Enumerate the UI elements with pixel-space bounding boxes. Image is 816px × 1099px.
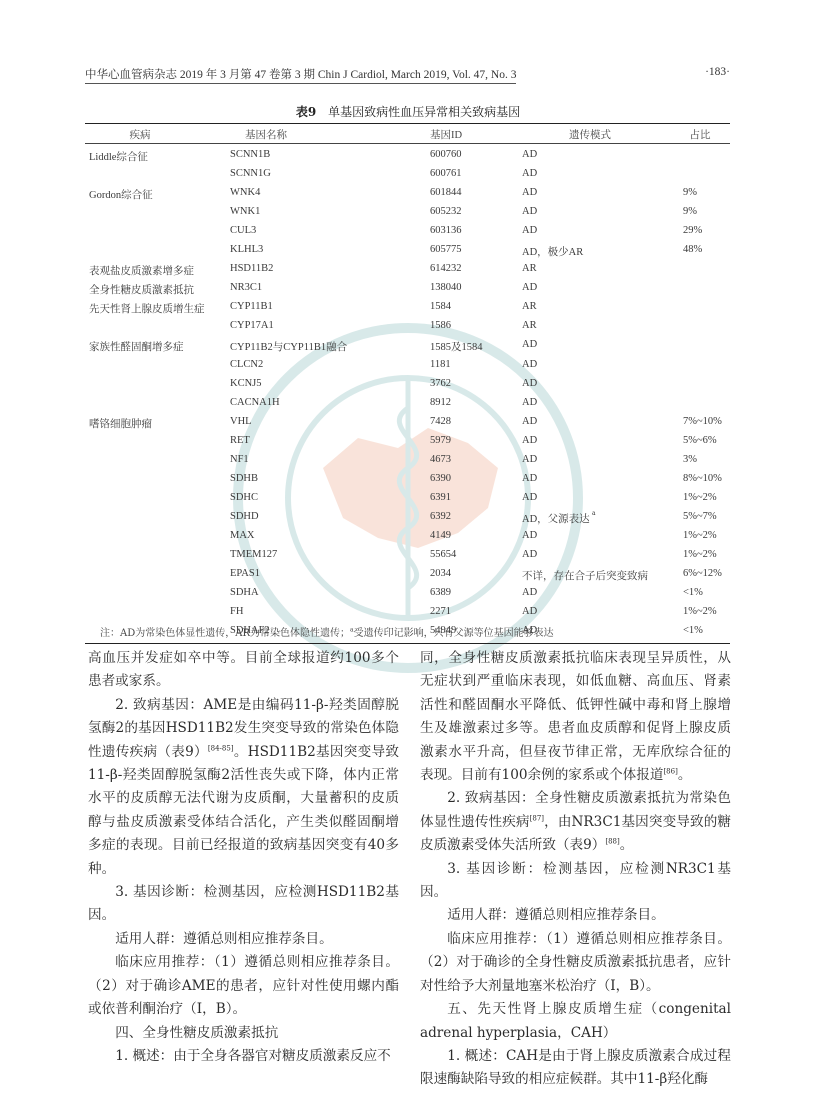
- paragraph-text: 临床应用推荐：（1）遵循总则相应推荐条目。（2）对于确诊AME的患者，应针对性使…: [88, 954, 399, 1017]
- cell-inheritance: AD: [522, 397, 537, 408]
- cell-inheritance: AD: [522, 492, 537, 503]
- cell-gene-id: 605775: [430, 244, 462, 255]
- cell-proportion: 48%: [683, 244, 702, 255]
- citation-ref: [87]: [530, 814, 544, 822]
- body-paragraph: 3. 基因诊断：检测基因，应检测NR3C1基因。: [420, 858, 731, 905]
- table-body: Liddle综合征SCNN1B600760ADSCNN1G600761ADGor…: [85, 144, 730, 643]
- cell-disease: Gordon综合征: [89, 187, 153, 202]
- column-header-proportion: 占比: [675, 127, 725, 142]
- body-column-right: 同，全身性糖皮质激素抵抗临床表现呈异质性，从无症状到严重临床表现，如低血糖、高血…: [420, 647, 731, 1092]
- cell-gene: FH: [230, 606, 243, 617]
- paragraph-text: 临床应用推荐：（1）遵循总则相应推荐条目。（2）对于确诊的全身性糖皮质激素抵抗患…: [420, 931, 731, 994]
- cell-gene-id: 6391: [430, 492, 451, 503]
- cell-disease: 全身性糖皮质激素抵抗: [89, 282, 194, 297]
- table-row: KCNJ53762AD: [85, 375, 730, 394]
- cell-inheritance: AD: [522, 549, 537, 560]
- cell-gene-id: 1181: [430, 359, 451, 370]
- cell-gene: WNK1: [230, 206, 260, 217]
- footnote-text-2: 受遗传印记影响，只有父源等位基因能够表达: [354, 628, 554, 639]
- cell-inheritance: AD: [522, 187, 537, 198]
- cell-gene-id: 8912: [430, 397, 451, 408]
- footnote-text: 注：AD为常染色体显性遗传，AR为常染色体隐性遗传；: [100, 628, 350, 639]
- cell-proportion: 1%~2%: [683, 492, 717, 503]
- paragraph-text: 。: [678, 767, 692, 783]
- paragraph-text: 1. 概述：由于全身各器官对糖皮质激素反应不: [115, 1048, 391, 1064]
- table-row: SDHD6392AD，父源表达a5%~7%: [85, 508, 730, 527]
- table-row: 全身性糖皮质激素抵抗NR3C1138040AD: [85, 279, 730, 298]
- cell-inheritance: AD: [522, 339, 537, 350]
- journal-citation: 中华心血管病杂志 2019 年 3 月第 47 卷第 3 期 Chin J Ca…: [85, 66, 516, 84]
- cell-gene-id: 6390: [430, 473, 451, 484]
- cell-gene-id: 138040: [430, 282, 462, 293]
- cell-proportion: 1%~2%: [683, 549, 717, 560]
- cell-inheritance: AD: [522, 168, 537, 179]
- cell-gene-id: 601844: [430, 187, 462, 198]
- cell-gene: KLHL3: [230, 244, 263, 255]
- cell-proportion: 8%~10%: [683, 473, 722, 484]
- cell-inheritance: AD: [522, 454, 537, 465]
- table-row: NF14673AD3%: [85, 451, 730, 470]
- paragraph-text: 。HSD11B2基因突变导致11-β-羟类固醇脱氢酶2活性丧失或下降，体内正常水…: [88, 744, 399, 877]
- cell-gene: SDHC: [230, 492, 258, 503]
- table-row: EPAS12034不详，存在合子后突变致病6%~12%: [85, 565, 730, 584]
- cell-disease: 表观盐皮质激素增多症: [89, 263, 194, 278]
- paragraph-text: 四、全身性糖皮质激素抵抗: [115, 1025, 278, 1041]
- cell-gene-id: 2271: [430, 606, 451, 617]
- cell-inheritance: AD: [522, 606, 537, 617]
- cell-gene-id: 614232: [430, 263, 462, 274]
- table-row: 先天性肾上腺皮质增生症CYP11B11584AR: [85, 298, 730, 317]
- table-row: RET5979AD5%~6%: [85, 432, 730, 451]
- cell-gene-id: 605232: [430, 206, 462, 217]
- cell-gene-id: 1586: [430, 320, 451, 331]
- cell-inheritance: AD: [522, 225, 537, 236]
- citation-ref: [88]: [605, 838, 619, 846]
- table-row: FH2271AD1%~2%: [85, 603, 730, 622]
- paragraph-text: 适用人群：遵循总则相应推荐条目。: [115, 931, 333, 947]
- cell-gene: SDHB: [230, 473, 258, 484]
- paragraph-text: 五、先天性肾上腺皮质增生症（congenital adrenal hyperpl…: [420, 1001, 731, 1040]
- cell-gene-id: 3762: [430, 378, 451, 389]
- body-paragraph: 四、全身性糖皮质激素抵抗: [88, 1022, 399, 1045]
- gene-table: 疾病 基因名称 基因ID 遗传模式 占比 Liddle综合征SCNN1B6007…: [85, 123, 730, 644]
- paragraph-text: 3. 基因诊断：检测基因，应检测HSD11B2基因。: [88, 884, 399, 923]
- table-row: CUL3603136AD29%: [85, 222, 730, 241]
- paragraph-text: 3. 基因诊断：检测基因，应检测NR3C1基因。: [420, 861, 731, 900]
- citation-ref: [84-85]: [208, 744, 234, 752]
- body-paragraph: 适用人群：遵循总则相应推荐条目。: [88, 928, 399, 951]
- body-paragraph: 1. 概述：CAH是由于肾上腺皮质激素合成过程限速酶缺陷导致的相应症候群。其中1…: [420, 1045, 731, 1092]
- table-row: 嗜铬细胞肿瘤VHL7428AD7%~10%: [85, 413, 730, 432]
- cell-inheritance: AD: [522, 530, 537, 541]
- cell-gene: MAX: [230, 530, 255, 541]
- cell-inheritance: AD: [522, 587, 537, 598]
- cell-gene-id: 6389: [430, 587, 451, 598]
- cell-gene: KCNJ5: [230, 378, 262, 389]
- column-header-gene-id: 基因ID: [430, 127, 520, 142]
- cell-gene: RET: [230, 435, 250, 446]
- cell-gene-id: 600761: [430, 168, 462, 179]
- cell-gene: SCNN1G: [230, 168, 271, 179]
- cell-disease: 先天性肾上腺皮质增生症: [89, 301, 205, 316]
- cell-gene-id: 5979: [430, 435, 451, 446]
- cell-gene: SDHD: [230, 511, 259, 522]
- table-bottom-rule: [85, 643, 730, 644]
- cell-proportion: <1%: [683, 587, 703, 598]
- cell-gene: CYP11B1: [230, 301, 273, 312]
- cell-gene-id: 4673: [430, 454, 451, 465]
- cell-proportion: 3%: [683, 454, 697, 465]
- cell-disease: 家族性醛固酮增多症: [89, 339, 184, 354]
- table-row: CYP17A11586AR: [85, 317, 730, 336]
- paragraph-text: 适用人群：遵循总则相应推荐条目。: [447, 907, 665, 923]
- cell-gene: WNK4: [230, 187, 260, 198]
- cell-inheritance: AD: [522, 149, 537, 160]
- body-paragraph: 2. 致病基因：全身性糖皮质激素抵抗为常染色体显性遗传性疾病[87]，由NR3C…: [420, 787, 731, 857]
- cell-disease: Liddle综合征: [89, 149, 148, 164]
- table-row: SDHC6391AD1%~2%: [85, 489, 730, 508]
- table-footnote: 注：AD为常染色体显性遗传，AR为常染色体隐性遗传；a受遗传印记影响，只有父源等…: [100, 624, 554, 639]
- cell-gene: CLCN2: [230, 359, 263, 370]
- cell-gene-id: 2034: [430, 568, 451, 579]
- body-paragraph: 临床应用推荐：（1）遵循总则相应推荐条目。（2）对于确诊的全身性糖皮质激素抵抗患…: [420, 928, 731, 998]
- table-title: 单基因致病性血压异常相关致病基因: [328, 105, 520, 119]
- cell-inheritance: AD: [522, 473, 537, 484]
- cell-inheritance: AD: [522, 435, 537, 446]
- citation-ref: [86]: [663, 768, 677, 776]
- cell-inheritance: AD: [522, 359, 537, 370]
- superscript-marker: a: [592, 510, 596, 517]
- body-paragraph: 1. 概述：由于全身各器官对糖皮质激素反应不: [88, 1045, 399, 1068]
- cell-inheritance: AD: [522, 282, 537, 293]
- cell-inheritance: 不详，存在合子后突变致病: [522, 568, 648, 583]
- cell-proportion: 9%: [683, 187, 697, 198]
- cell-gene: CUL3: [230, 225, 256, 236]
- cell-inheritance: AD: [522, 416, 537, 427]
- cell-gene-id: 603136: [430, 225, 462, 236]
- cell-gene: HSD11B2: [230, 263, 273, 274]
- cell-inheritance: AD，父源表达: [522, 511, 590, 526]
- table-row: Gordon综合征WNK4601844AD9%: [85, 184, 730, 203]
- cell-proportion: 1%~2%: [683, 530, 717, 541]
- cell-disease: 嗜铬细胞肿瘤: [89, 416, 152, 431]
- cell-gene-id: 1584: [430, 301, 451, 312]
- cell-gene-id: 600760: [430, 149, 462, 160]
- cell-gene-id: 7428: [430, 416, 451, 427]
- cell-inheritance: AR: [522, 263, 537, 274]
- cell-gene: NR3C1: [230, 282, 262, 293]
- table-row: SDHA6389AD<1%: [85, 584, 730, 603]
- table-row: TMEM12755654AD1%~2%: [85, 546, 730, 565]
- cell-gene: SCNN1B: [230, 149, 270, 160]
- cell-proportion: 7%~10%: [683, 416, 722, 427]
- table-row: MAX4149AD1%~2%: [85, 527, 730, 546]
- cell-proportion: <1%: [683, 625, 703, 636]
- column-header-inheritance: 遗传模式: [525, 127, 655, 142]
- running-header: 中华心血管病杂志 2019 年 3 月第 47 卷第 3 期 Chin J Ca…: [85, 66, 730, 84]
- table-row: 表观盐皮质激素增多症HSD11B2614232AR: [85, 260, 730, 279]
- cell-proportion: 5%~7%: [683, 511, 717, 522]
- cell-gene-id: 4149: [430, 530, 451, 541]
- cell-proportion: 1%~2%: [683, 606, 717, 617]
- page-number: ·183·: [705, 66, 730, 78]
- cell-gene: EPAS1: [230, 568, 260, 579]
- cell-gene: NF1: [230, 454, 249, 465]
- cell-gene: VHL: [230, 416, 252, 427]
- table-row: SDHB6390AD8%~10%: [85, 470, 730, 489]
- column-header-disease: 疾病: [85, 127, 195, 142]
- cell-inheritance: AD: [522, 378, 537, 389]
- column-header-gene: 基因名称: [245, 127, 385, 142]
- cell-inheritance: AR: [522, 301, 537, 312]
- cell-gene: CYP17A1: [230, 320, 274, 331]
- paragraph-text: 。: [620, 837, 634, 853]
- body-paragraph: 适用人群：遵循总则相应推荐条目。: [420, 904, 731, 927]
- table-row: 家族性醛固酮增多症CYP11B2与CYP11B1融合1585及1584AD: [85, 336, 730, 355]
- table-row: CLCN21181AD: [85, 356, 730, 375]
- cell-gene-id: 6392: [430, 511, 451, 522]
- paragraph-text: 1. 概述：CAH是由于肾上腺皮质激素合成过程限速酶缺陷导致的相应症候群。其中1…: [420, 1048, 731, 1087]
- cell-gene: TMEM127: [230, 549, 277, 560]
- cell-proportion: 6%~12%: [683, 568, 722, 579]
- paragraph-text: 高血压并发症如卒中等。目前全球报道约100多个患者或家系。: [88, 650, 399, 689]
- cell-gene: SDHA: [230, 587, 259, 598]
- table-header-row: 疾病 基因名称 基因ID 遗传模式 占比: [85, 124, 730, 143]
- cell-gene: CYP11B2与CYP11B1融合: [230, 339, 347, 354]
- cell-inheritance: AD: [522, 206, 537, 217]
- body-paragraph: 同，全身性糖皮质激素抵抗临床表现呈异质性，从无症状到严重临床表现，如低血糖、高血…: [420, 647, 731, 787]
- cell-gene-id: 55654: [430, 549, 456, 560]
- body-paragraph: 临床应用推荐：（1）遵循总则相应推荐条目。（2）对于确诊AME的患者，应针对性使…: [88, 951, 399, 1021]
- cell-inheritance: AD，极少AR: [522, 244, 583, 259]
- body-paragraph: 2. 致病基因：AME是由编码11-β-羟类固醇脱氢酶2的基因HSD11B2发生…: [88, 694, 399, 881]
- table-row: WNK1605232AD9%: [85, 203, 730, 222]
- table-caption: 表9单基因致病性血压异常相关致病基因: [0, 103, 816, 120]
- table-row: CACNA1H8912AD: [85, 394, 730, 413]
- table-row: SCNN1G600761AD: [85, 165, 730, 184]
- paragraph-text: 同，全身性糖皮质激素抵抗临床表现呈异质性，从无症状到严重临床表现，如低血糖、高血…: [420, 650, 731, 783]
- cell-gene: CACNA1H: [230, 397, 280, 408]
- table-label: 表9: [296, 105, 316, 119]
- body-paragraph: 高血压并发症如卒中等。目前全球报道约100多个患者或家系。: [88, 647, 399, 694]
- cell-inheritance: AR: [522, 320, 537, 331]
- table-row: KLHL3605775AD，极少AR48%: [85, 241, 730, 260]
- body-paragraph: 3. 基因诊断：检测基因，应检测HSD11B2基因。: [88, 881, 399, 928]
- table-row: Liddle综合征SCNN1B600760AD: [85, 146, 730, 165]
- body-paragraph: 五、先天性肾上腺皮质增生症（congenital adrenal hyperpl…: [420, 998, 731, 1045]
- cell-gene-id: 1585及1584: [430, 339, 483, 354]
- cell-proportion: 29%: [683, 225, 702, 236]
- cell-proportion: 5%~6%: [683, 435, 717, 446]
- cell-proportion: 9%: [683, 206, 697, 217]
- body-column-left: 高血压并发症如卒中等。目前全球报道约100多个患者或家系。2. 致病基因：AME…: [88, 647, 399, 1068]
